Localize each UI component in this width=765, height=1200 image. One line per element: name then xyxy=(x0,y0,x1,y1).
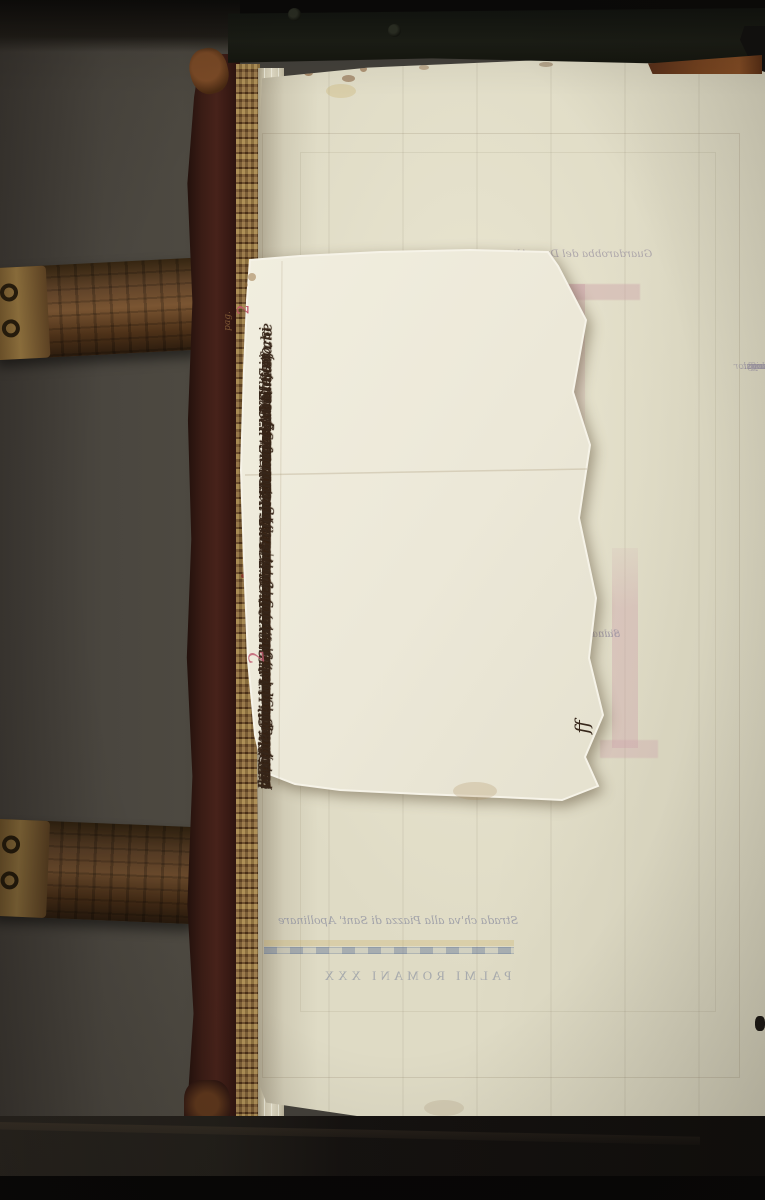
red-folio-number-lower: 2 xyxy=(244,649,269,665)
end-flourish-mark: ﬀ xyxy=(572,720,594,733)
cradle-metal-fixture xyxy=(228,8,765,64)
manuscript-photo-scene: Guardarobba del Duca Altemps Canc. maggi… xyxy=(0,0,765,1200)
red-folio-number-upper: 2 xyxy=(234,304,253,314)
handwritten-note-text: i Canonici sedé 1591, in cui li Deputati… xyxy=(255,269,585,789)
showthrough-scalebar-tint xyxy=(264,940,514,946)
screw-hole xyxy=(288,8,301,21)
edge-stain xyxy=(539,62,553,67)
right-edge-notch xyxy=(755,1016,765,1031)
showthrough-scale-caption: PALMI ROMANI XXX xyxy=(318,968,514,984)
clasp-brass-fitting xyxy=(0,266,50,361)
pag-annotation: pag. xyxy=(223,311,233,331)
edge-stain xyxy=(360,66,367,72)
edge-stain xyxy=(304,70,313,76)
book-clasp-strap-lower xyxy=(0,819,198,924)
book-clasp-strap-upper xyxy=(0,258,198,360)
cradle-bottom-strip xyxy=(0,1176,765,1200)
edge-stain xyxy=(419,65,429,70)
showthrough-scale-bar xyxy=(264,947,514,954)
showthrough-street-caption: Strada ch'va alla Piazza di Sant' Apolli… xyxy=(278,914,518,927)
screw-hole xyxy=(388,24,401,37)
legend-word: quart. xyxy=(744,360,765,375)
handwriting-line: tal Chiesa è quella detta di poi S. Stef… xyxy=(255,353,278,789)
edge-stain xyxy=(342,75,355,82)
cradle-top-left-shadow xyxy=(0,0,240,52)
clasp-brass-fitting xyxy=(0,819,50,918)
yellow-stain xyxy=(326,84,356,98)
bottom-stain xyxy=(424,1100,464,1116)
